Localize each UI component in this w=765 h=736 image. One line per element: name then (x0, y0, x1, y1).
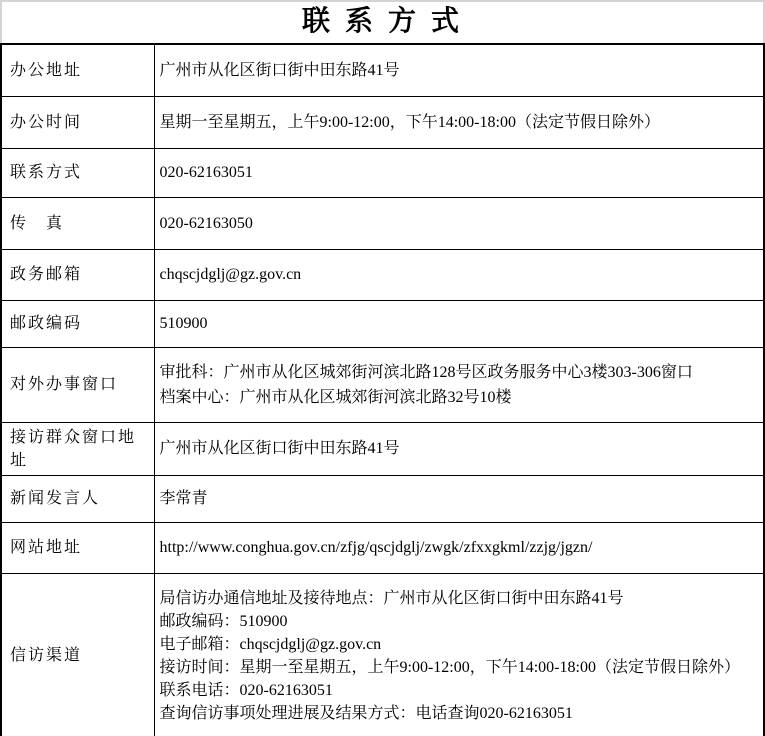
row-reception-window-address: 接访群众窗口地址 广州市从化区街口街中田东路41号 (1, 422, 764, 475)
row-label: 新闻发言人 (1, 475, 154, 522)
row-value: 审批科：广州市从化区城郊街河滨北路128号区政务服务中心3楼303-306窗口 … (154, 347, 764, 422)
row-value: 广州市从化区街口街中田东路41号 (154, 422, 764, 475)
row-value: http://www.conghua.gov.cn/zfjg/qscjdglj/… (154, 522, 764, 573)
row-label: 信访渠道 (1, 573, 154, 736)
row-website-url: 网站地址 http://www.conghua.gov.cn/zfjg/qscj… (1, 522, 764, 573)
row-service-windows: 对外办事窗口 审批科：广州市从化区城郊街河滨北路128号区政务服务中心3楼303… (1, 347, 764, 422)
row-value: 510900 (154, 300, 764, 347)
row-label: 传 真 (1, 197, 154, 249)
row-office-hours: 办公时间 星期一至星期五，上午9:00-12:00，下午14:00-18:00（… (1, 96, 764, 148)
row-value: 020-62163051 (154, 148, 764, 197)
row-label: 办公时间 (1, 96, 154, 148)
row-value: 020-62163050 (154, 197, 764, 249)
row-gov-email: 政务邮箱 chqscjdglj@gz.gov.cn (1, 249, 764, 300)
row-label: 联系方式 (1, 148, 154, 197)
row-petition-channels: 信访渠道 局信访办通信地址及接待地点：广州市从化区街口街中田东路41号 邮政编码… (1, 573, 764, 736)
row-label: 对外办事窗口 (1, 347, 154, 422)
page-title: 联 系 方 式 (0, 0, 765, 43)
row-value: 广州市从化区街口街中田东路41号 (154, 44, 764, 96)
row-value: chqscjdglj@gz.gov.cn (154, 249, 764, 300)
row-news-spokesperson: 新闻发言人 李常青 (1, 475, 764, 522)
row-label: 政务邮箱 (1, 249, 154, 300)
row-label: 网站地址 (1, 522, 154, 573)
row-fax: 传 真 020-62163050 (1, 197, 764, 249)
row-label: 接访群众窗口地址 (1, 422, 154, 475)
contact-info-page: 联 系 方 式 办公地址 广州市从化区街口街中田东路41号 办公时间 星期一至星… (0, 0, 765, 736)
row-contact-phone: 联系方式 020-62163051 (1, 148, 764, 197)
row-postal-code: 邮政编码 510900 (1, 300, 764, 347)
row-office-address: 办公地址 广州市从化区街口街中田东路41号 (1, 44, 764, 96)
row-value: 李常青 (154, 475, 764, 522)
row-value: 星期一至星期五，上午9:00-12:00，下午14:00-18:00（法定节假日… (154, 96, 764, 148)
row-value: 局信访办通信地址及接待地点：广州市从化区街口街中田东路41号 邮政编码：5109… (154, 573, 764, 736)
contact-table: 办公地址 广州市从化区街口街中田东路41号 办公时间 星期一至星期五，上午9:0… (0, 43, 765, 736)
row-label: 邮政编码 (1, 300, 154, 347)
row-label: 办公地址 (1, 44, 154, 96)
